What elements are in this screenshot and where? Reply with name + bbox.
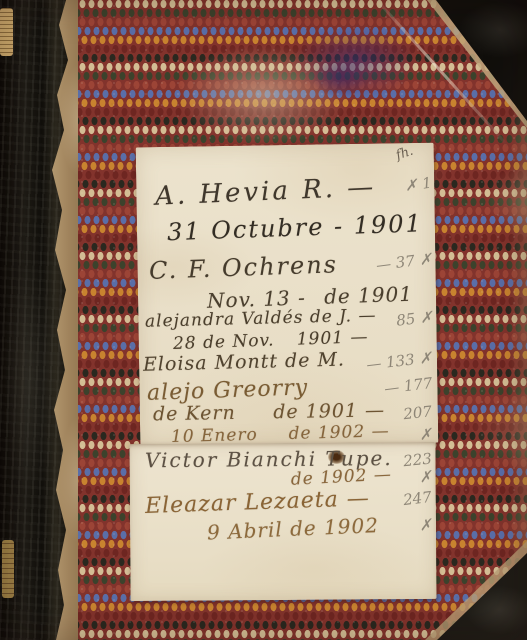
entry-page-number: 247 [402, 483, 433, 511]
entry-page-number: ✗ [418, 420, 433, 444]
entry-page-number: — 37 ✗ [374, 245, 433, 280]
ledger-cover-photo: fh. A. Hevia R. —✗ 1 31 Octubre - 1901 C… [0, 0, 527, 640]
entry-page-number: ✗ 1 [403, 169, 434, 202]
entry-page-number: — 177 [382, 369, 433, 400]
entry-page-number: ✗ [418, 510, 434, 535]
